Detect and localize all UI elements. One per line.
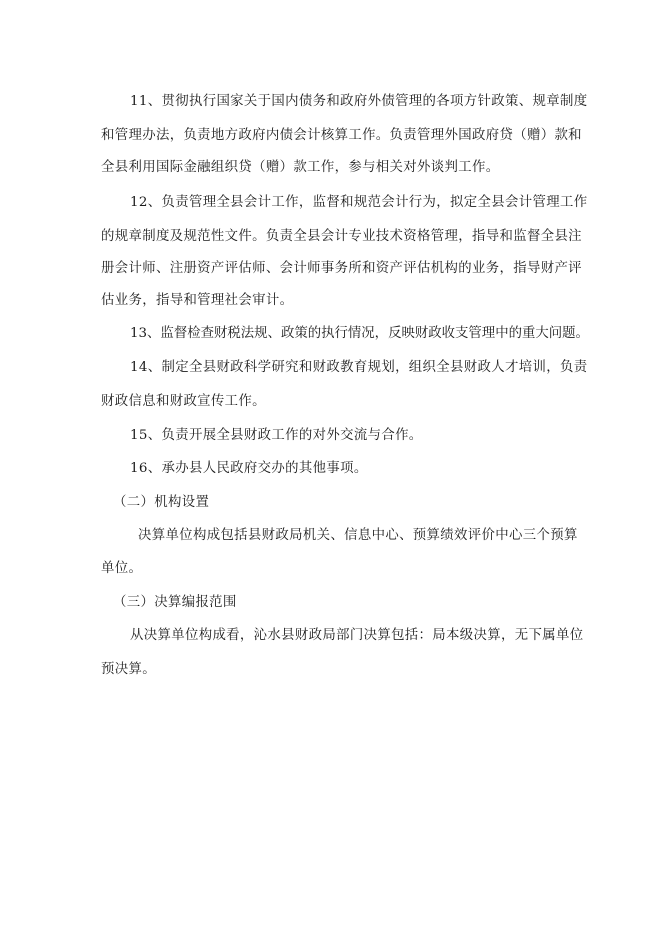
report-scope-para-line-1: 从决算单位构成看，沁水县财政局部门决算包括：局本级决算，无下属单位 <box>130 627 592 645</box>
section-heading-org-setup: （二）机构设置 <box>113 494 575 512</box>
item-11-line-1: 11、贯彻执行国家关于国内债务和政府外债管理的各项方针政策、规章制度 <box>130 93 592 111</box>
item-13-line-1: 13、监督检查财税法规、政策的执行情况，反映财政收支管理中的重大问题。 <box>130 325 592 343</box>
item-14-line-1: 14、制定全县财政科学研究和财政教育规划，组织全县财政人才培训，负责 <box>130 359 592 377</box>
item-11-line-2: 和管理办法，负责地方政府内债会计核算工作。负责管理外国政府贷（赠）款和 <box>101 127 563 145</box>
org-setup-para-line-2: 单位。 <box>101 560 563 578</box>
item-12-line-3: 册会计师、注册资产评估师、会计师事务所和资产评估机构的业务，指导财产评 <box>101 260 563 278</box>
item-16-line-1: 16、承办县人民政府交办的其他事项。 <box>130 460 592 478</box>
item-12-line-4: 估业务，指导和管理社会审计。 <box>101 292 563 310</box>
org-setup-para-line-1: 决算单位构成包括县财政局机关、信息中心、预算绩效评价中心三个预算 <box>138 527 600 545</box>
item-14-line-2: 财政信息和财政宣传工作。 <box>101 393 563 411</box>
report-scope-para-line-2: 预决算。 <box>101 661 563 679</box>
item-11-line-3: 全县利用国际金融组织贷（赠）款工作，参与相关对外谈判工作。 <box>101 159 563 177</box>
item-12-line-2: 的规章制度及规范性文件。负责全县会计专业技术资格管理，指导和监督全县注 <box>101 228 563 246</box>
document-page: 11、贯彻执行国家关于国内债务和政府外债管理的各项方针政策、规章制度 和管理办法… <box>0 0 662 936</box>
item-15-line-1: 15、负责开展全县财政工作的对外交流与合作。 <box>130 427 592 445</box>
item-12-line-1: 12、负责管理全县会计工作，监督和规范会计行为，拟定全县会计管理工作 <box>130 194 592 212</box>
section-heading-report-scope: （三）决算编报范围 <box>113 594 575 612</box>
